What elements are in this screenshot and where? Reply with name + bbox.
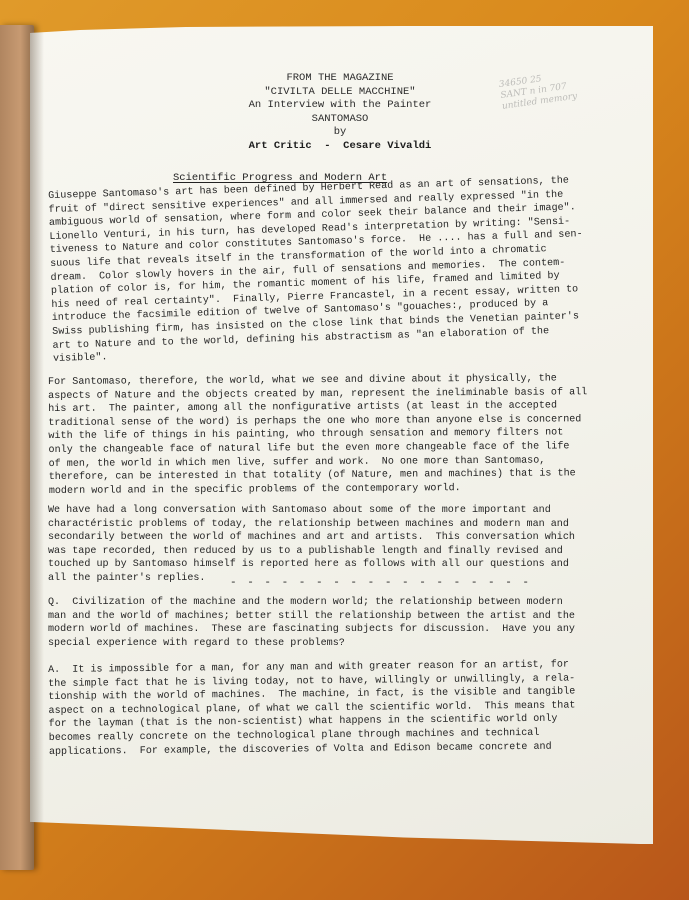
text-line: secondarily between the world of machine… bbox=[48, 531, 633, 545]
document-page: 34650 25 SANT n in 707 untitled memory F… bbox=[30, 26, 653, 844]
paragraph-conversation: We have had a long conversation with San… bbox=[48, 504, 633, 586]
section-divider: - - - - - - - - - - - - - - - - - - bbox=[230, 577, 531, 589]
paragraph-world: For Santomaso, therefore, the world, wha… bbox=[48, 372, 634, 498]
header-line-author: Art Critic - Cesare Vivaldi bbox=[180, 140, 500, 154]
header-line-by: by bbox=[180, 126, 500, 140]
text-line: man and the world of machines; better st… bbox=[48, 610, 633, 624]
header-line-source: FROM THE MAGAZINE bbox=[180, 72, 500, 86]
text-line: Q. Civilization of the machine and the m… bbox=[48, 596, 633, 610]
pencil-annotation: 34650 25 SANT n in 707 untitled memory bbox=[498, 62, 631, 113]
text-line: We have had a long conversation with San… bbox=[48, 504, 633, 518]
question-block: Q. Civilization of the machine and the m… bbox=[48, 596, 633, 650]
document-header: FROM THE MAGAZINE "CIVILTA DELLE MACCHIN… bbox=[180, 72, 500, 153]
text-line: special experience with regard to these … bbox=[48, 637, 633, 651]
text-line: modern world of machines. These are fasc… bbox=[48, 623, 633, 637]
book-cover-edge bbox=[0, 25, 34, 870]
header-line-painter: SANTOMASO bbox=[180, 113, 500, 127]
text-line: charactéristic problems of today, the re… bbox=[48, 518, 633, 532]
text-line: touched up by Santomaso himself is repor… bbox=[48, 558, 633, 572]
paragraph-intro: Giuseppe Santomaso's art has been define… bbox=[48, 173, 638, 367]
text-line: was tape recorded, then reduced by us to… bbox=[48, 545, 633, 559]
header-line-interview: An Interview with the Painter bbox=[180, 99, 500, 113]
answer-block: A. It is impossible for a man, for any m… bbox=[48, 658, 634, 759]
header-line-magazine: "CIVILTA DELLE MACCHINE" bbox=[180, 86, 500, 100]
